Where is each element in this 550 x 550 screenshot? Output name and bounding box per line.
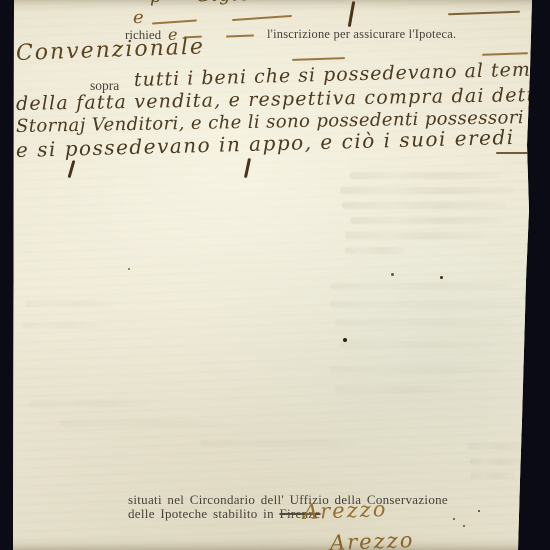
pen-stroke-descender	[244, 158, 251, 178]
paper-sheet: p Gigio F. S. Subi. e richied e l'inscri…	[0, 0, 550, 550]
bleed-through-smudge	[470, 458, 520, 465]
bleed-through-smudge	[350, 172, 500, 179]
handwriting-e-flourish: e	[133, 7, 144, 28]
pen-dash	[482, 52, 528, 56]
bleed-through-smudge	[345, 232, 485, 239]
pen-dash	[496, 152, 542, 154]
bleed-through-smudge	[25, 300, 115, 307]
bleed-through-smudge	[340, 341, 490, 348]
bleed-through-smudge	[30, 400, 150, 407]
bleed-through-smudge	[200, 440, 360, 447]
bleed-through-smudge	[350, 217, 500, 224]
foxing-spot	[478, 510, 480, 512]
printed-footer-line-2-text: delle Ipoteche stabilito in	[128, 506, 274, 521]
pen-dash	[226, 35, 254, 38]
pen-dash	[292, 57, 345, 61]
pen-dash	[448, 11, 520, 16]
bleed-through-smudge	[340, 187, 515, 194]
ink-speck	[391, 273, 394, 276]
bleed-through-smudge	[330, 366, 500, 373]
pen-dash	[152, 19, 197, 24]
bleed-through-smudge	[468, 443, 523, 450]
printed-inscription-clause: l'inscrizione per assicurare l'Ipoteca.	[267, 27, 456, 42]
bleed-through-smudge	[330, 283, 510, 290]
bleed-through-smudge	[342, 202, 507, 209]
bleed-through-smudge	[345, 247, 405, 254]
pen-dash	[232, 15, 292, 21]
handwriting-top-cut-fragment: p Gigio F. S. Subi.	[150, 0, 446, 7]
foxing-spot	[453, 518, 455, 520]
bleed-through-smudge	[335, 319, 505, 326]
handwriting-convenzionale: Convenzionale	[16, 34, 206, 66]
foxing-spot	[128, 268, 130, 270]
handwriting-city-arezzo-repeat: Arezzo	[330, 528, 415, 550]
bleed-through-smudge	[22, 322, 102, 329]
foxing-spot	[463, 525, 465, 527]
pen-stroke-tall	[348, 1, 355, 27]
scanned-document-photo: p Gigio F. S. Subi. e richied e l'inscri…	[0, 0, 550, 550]
printed-footer-line-2: delle Ipoteche stabilito in Firenze	[128, 506, 321, 522]
bleed-through-smudge	[330, 301, 520, 308]
ink-speck	[440, 276, 443, 279]
handwriting-city-arezzo: Arezzo	[303, 497, 388, 524]
pen-stroke-descender	[68, 160, 75, 178]
ink-speck	[343, 338, 347, 342]
bleed-through-smudge	[470, 472, 515, 479]
bleed-through-smudge	[60, 420, 220, 427]
bleed-through-smudge	[335, 386, 455, 393]
